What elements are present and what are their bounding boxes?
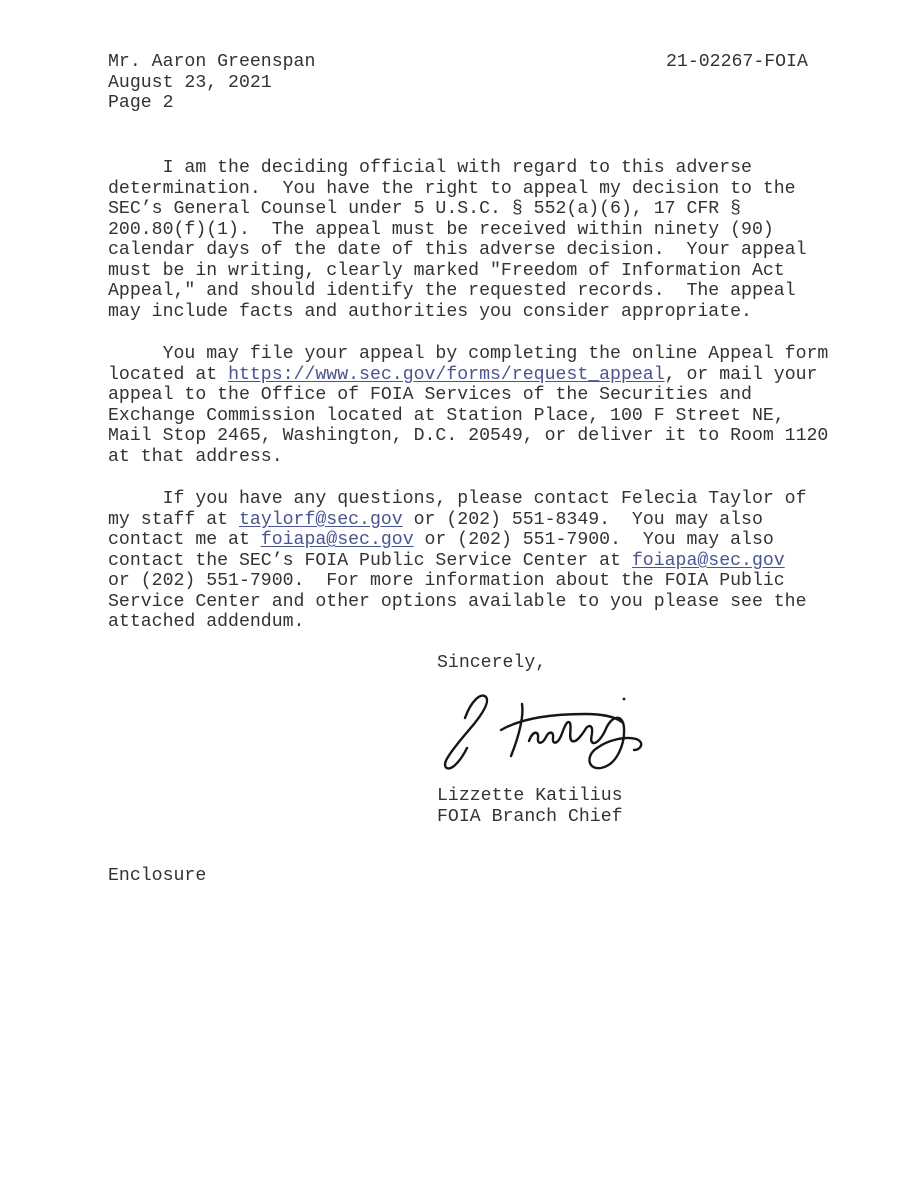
paragraph-appeal-filing: You may file your appeal by completing t…: [108, 344, 828, 467]
page-number: Page 2: [108, 93, 315, 114]
letter-header: Mr. Aaron GreenspanAugust 23, 2021Page 2: [108, 52, 315, 114]
letter-page: Mr. Aaron GreenspanAugust 23, 2021Page 2…: [0, 0, 922, 1198]
paragraph-text: I am the deciding official with regard t…: [108, 158, 807, 322]
signer-title: FOIA Branch Chief: [437, 807, 623, 828]
signer-block: Lizzette KatiliusFOIA Branch Chief: [437, 786, 623, 827]
signature-script-drawing: [425, 686, 663, 778]
enclosure-note: Enclosure: [108, 866, 206, 887]
signer-name: Lizzette Katilius: [437, 786, 623, 807]
handwritten-signature: [425, 686, 663, 778]
appeal-form-link[interactable]: https://www.sec.gov/forms/request_appeal: [228, 365, 665, 385]
taylorf-email-link[interactable]: taylorf@sec.gov: [239, 510, 403, 530]
foia-reference-number: 21-02267-FOIA: [666, 52, 808, 73]
recipient-name: Mr. Aaron Greenspan: [108, 52, 315, 73]
letter-date: August 23, 2021: [108, 73, 315, 94]
paragraph-text: or (202) 551-7900. For more information …: [108, 571, 807, 632]
foiapa-email-link[interactable]: foiapa@sec.gov: [261, 530, 414, 550]
paragraph-appeal-rights: I am the deciding official with regard t…: [108, 158, 807, 322]
foiapa-psc-email-link[interactable]: foiapa@sec.gov: [632, 551, 785, 571]
paragraph-contact-info: If you have any questions, please contac…: [108, 489, 807, 633]
closing-salutation: Sincerely,: [437, 653, 546, 674]
